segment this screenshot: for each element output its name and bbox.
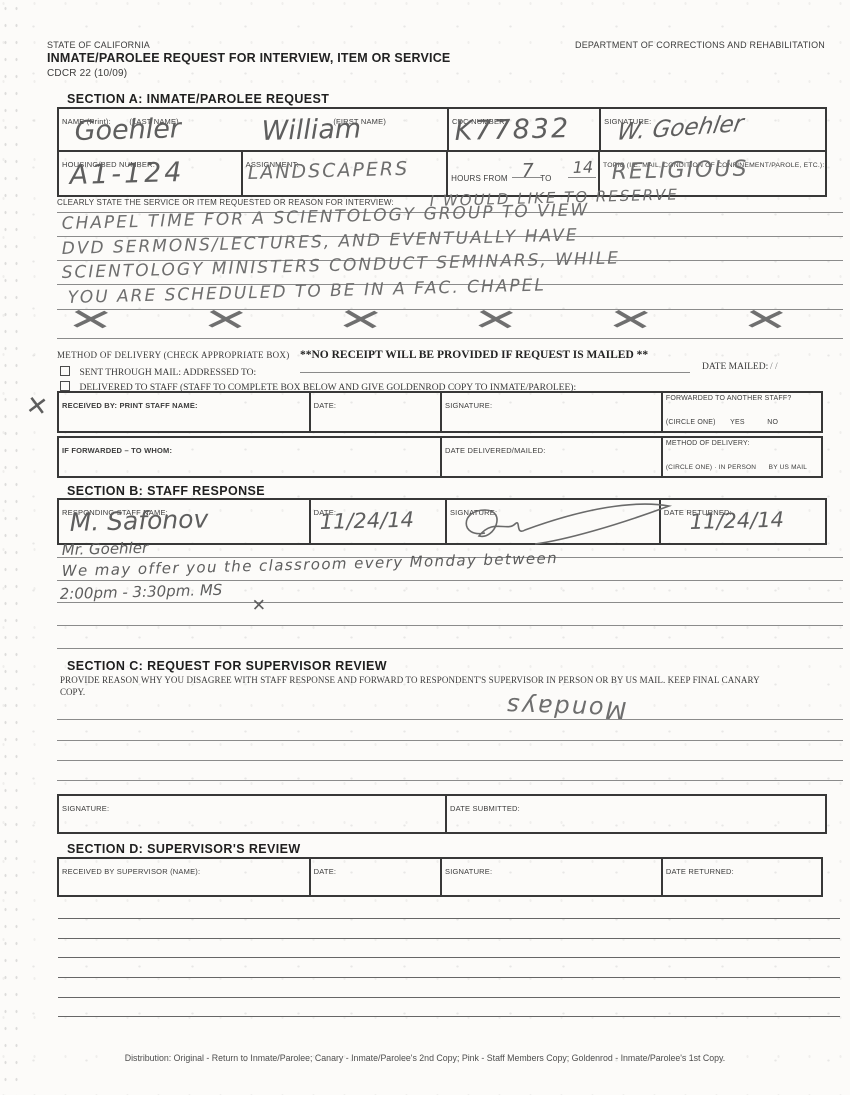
date-submitted-label: DATE SUBMITTED: [450,804,520,813]
date-delivered-label: DATE DELIVERED/MAILED: [445,446,546,455]
supervisor-signature-cell: SIGNATURE: [440,859,661,895]
delivery-circle-one-label: (CIRCLE ONE) · IN PERSON [666,464,756,471]
response-line-3: 2:00pm - 3:30pm. MS [60,581,223,603]
forwarded-question-label: FORWARDED TO ANOTHER STAFF? [666,395,818,402]
delivery-method-label: METHOD OF DELIVERY: [666,440,818,447]
received-signature-cell: SIGNATURE: [440,393,661,431]
no-receipt-notice: **NO RECEIPT WILL BE PROVIDED IF REQUEST… [300,349,648,361]
received-date-label: DATE: [314,401,337,410]
received-by-box: RECEIVED BY: PRINT STAFF NAME: DATE: SIG… [57,391,823,433]
section-c-instructions-line1: PROVIDE REASON WHY YOU DISAGREE WITH STA… [60,675,760,685]
last-name-value: Goehler [74,113,181,147]
state-label: STATE OF CALIFORNIA [47,40,150,50]
supervisor-date-returned-label: DATE RETURNED: [666,867,734,876]
housing-value: A1-124 [69,157,185,191]
hours-to-line [568,177,596,178]
delivery-heading: METHOD OF DELIVERY (CHECK APPROPRIATE BO… [57,350,290,360]
scanned-form-page: STATE OF CALIFORNIA DEPARTMENT OF CORREC… [0,0,850,1095]
crossout-x-icon: ✕ [605,302,656,338]
hours-from-value: 7 [521,160,534,182]
form-title: INMATE/PAROLEE REQUEST FOR INTERVIEW, IT… [47,51,450,65]
crossout-x-icon: ✕ [740,302,791,338]
supervisor-date-cell: DATE: [309,859,440,895]
date-submitted-cell: DATE SUBMITTED: [445,796,825,832]
sent-through-mail-checkbox [60,366,70,376]
response-date-value: 11/24/14 [319,508,414,534]
section-a-title: SECTION A: INMATE/PAROLEE REQUEST [67,92,329,106]
date-mailed-slashes: / / [770,362,778,372]
section-b-title: SECTION B: STAFF RESPONSE [67,484,265,498]
date-returned-value: 11/24/14 [689,508,784,534]
supervisor-request-signature-box: SIGNATURE: DATE SUBMITTED: [57,794,827,834]
supervisor-signature-label: SIGNATURE: [445,867,492,876]
distribution-footer: Distribution: Original - Return to Inmat… [0,1053,850,1063]
yes-option: YES [730,419,745,426]
received-by-label: RECEIVED BY: PRINT STAFF NAME: [62,401,198,410]
received-by-cell: RECEIVED BY: PRINT STAFF NAME: [59,393,309,431]
crossout-x-icon: ✕ [335,302,386,338]
first-name-value: William [261,113,361,147]
assignment-value: LANDSCAPERS [247,158,409,184]
crossout-x-icon: ✕ [200,302,251,338]
forwarded-question-cell: FORWARDED TO ANOTHER STAFF? (CIRCLE ONE)… [661,393,821,431]
crossout-x-icon: ✕ [65,302,116,338]
hours-to-label: TO [540,174,551,183]
date-delivered-cell: DATE DELIVERED/MAILED: [440,438,661,476]
circle-one-label: (CIRCLE ONE) [666,419,716,426]
delivery-method-cell: METHOD OF DELIVERY: (CIRCLE ONE) · IN PE… [661,438,821,476]
response-line-1: Mr. Goehler [62,539,149,559]
received-signature-label: SIGNATURE: [445,401,492,410]
department-label: DEPARTMENT OF CORRECTIONS AND REHABILITA… [565,40,825,50]
received-by-supervisor-cell: RECEIVED BY SUPERVISOR (NAME): [59,859,309,895]
staff-signature-scribble [455,498,685,548]
section-c-instructions-line2: COPY. [60,687,85,697]
response-crossout-x-icon: ✕ [251,596,266,616]
no-option: NO [767,419,778,426]
margin-x-mark: ✕ [24,390,50,423]
scan-edge-noise [0,0,26,1095]
to-whom-label: IF FORWARDED – TO WHOM: [62,446,172,455]
to-whom-cell: IF FORWARDED – TO WHOM: [59,438,440,476]
supervisor-review-box: RECEIVED BY SUPERVISOR (NAME): DATE: SIG… [57,857,823,897]
delivered-to-staff-checkbox [60,381,70,391]
addressed-to-line [300,372,690,373]
cdc-number-value: K77832 [454,113,570,147]
section-c-signature-label: SIGNATURE: [62,804,109,813]
by-us-mail-option: BY US MAIL [769,464,807,471]
section-c-title: SECTION C: REQUEST FOR SUPERVISOR REVIEW [67,659,387,673]
crossout-marks: ✕ ✕ ✕ ✕ ✕ ✕ [78,303,778,338]
received-by-supervisor-label: RECEIVED BY SUPERVISOR (NAME): [62,867,200,876]
section-d-title: SECTION D: SUPERVISOR'S REVIEW [67,842,301,856]
hours-from-label: HOURS FROM [451,174,508,183]
received-date-cell: DATE: [309,393,440,431]
supervisor-date-label: DATE: [314,867,337,876]
supervisor-date-returned-cell: DATE RETURNED: [661,859,821,895]
hours-to-value: 14 [573,157,594,177]
crossout-x-icon: ✕ [470,302,521,338]
if-forwarded-box: IF FORWARDED – TO WHOM: DATE DELIVERED/M… [57,436,823,478]
responding-staff-value: M. Safonov [69,504,208,537]
form-number: CDCR 22 (10/09) [47,68,127,79]
topic-value: RELIGIOUS [611,156,748,185]
section-c-signature-cell: SIGNATURE: [59,796,445,832]
date-mailed-label: DATE MAILED: [702,362,768,372]
